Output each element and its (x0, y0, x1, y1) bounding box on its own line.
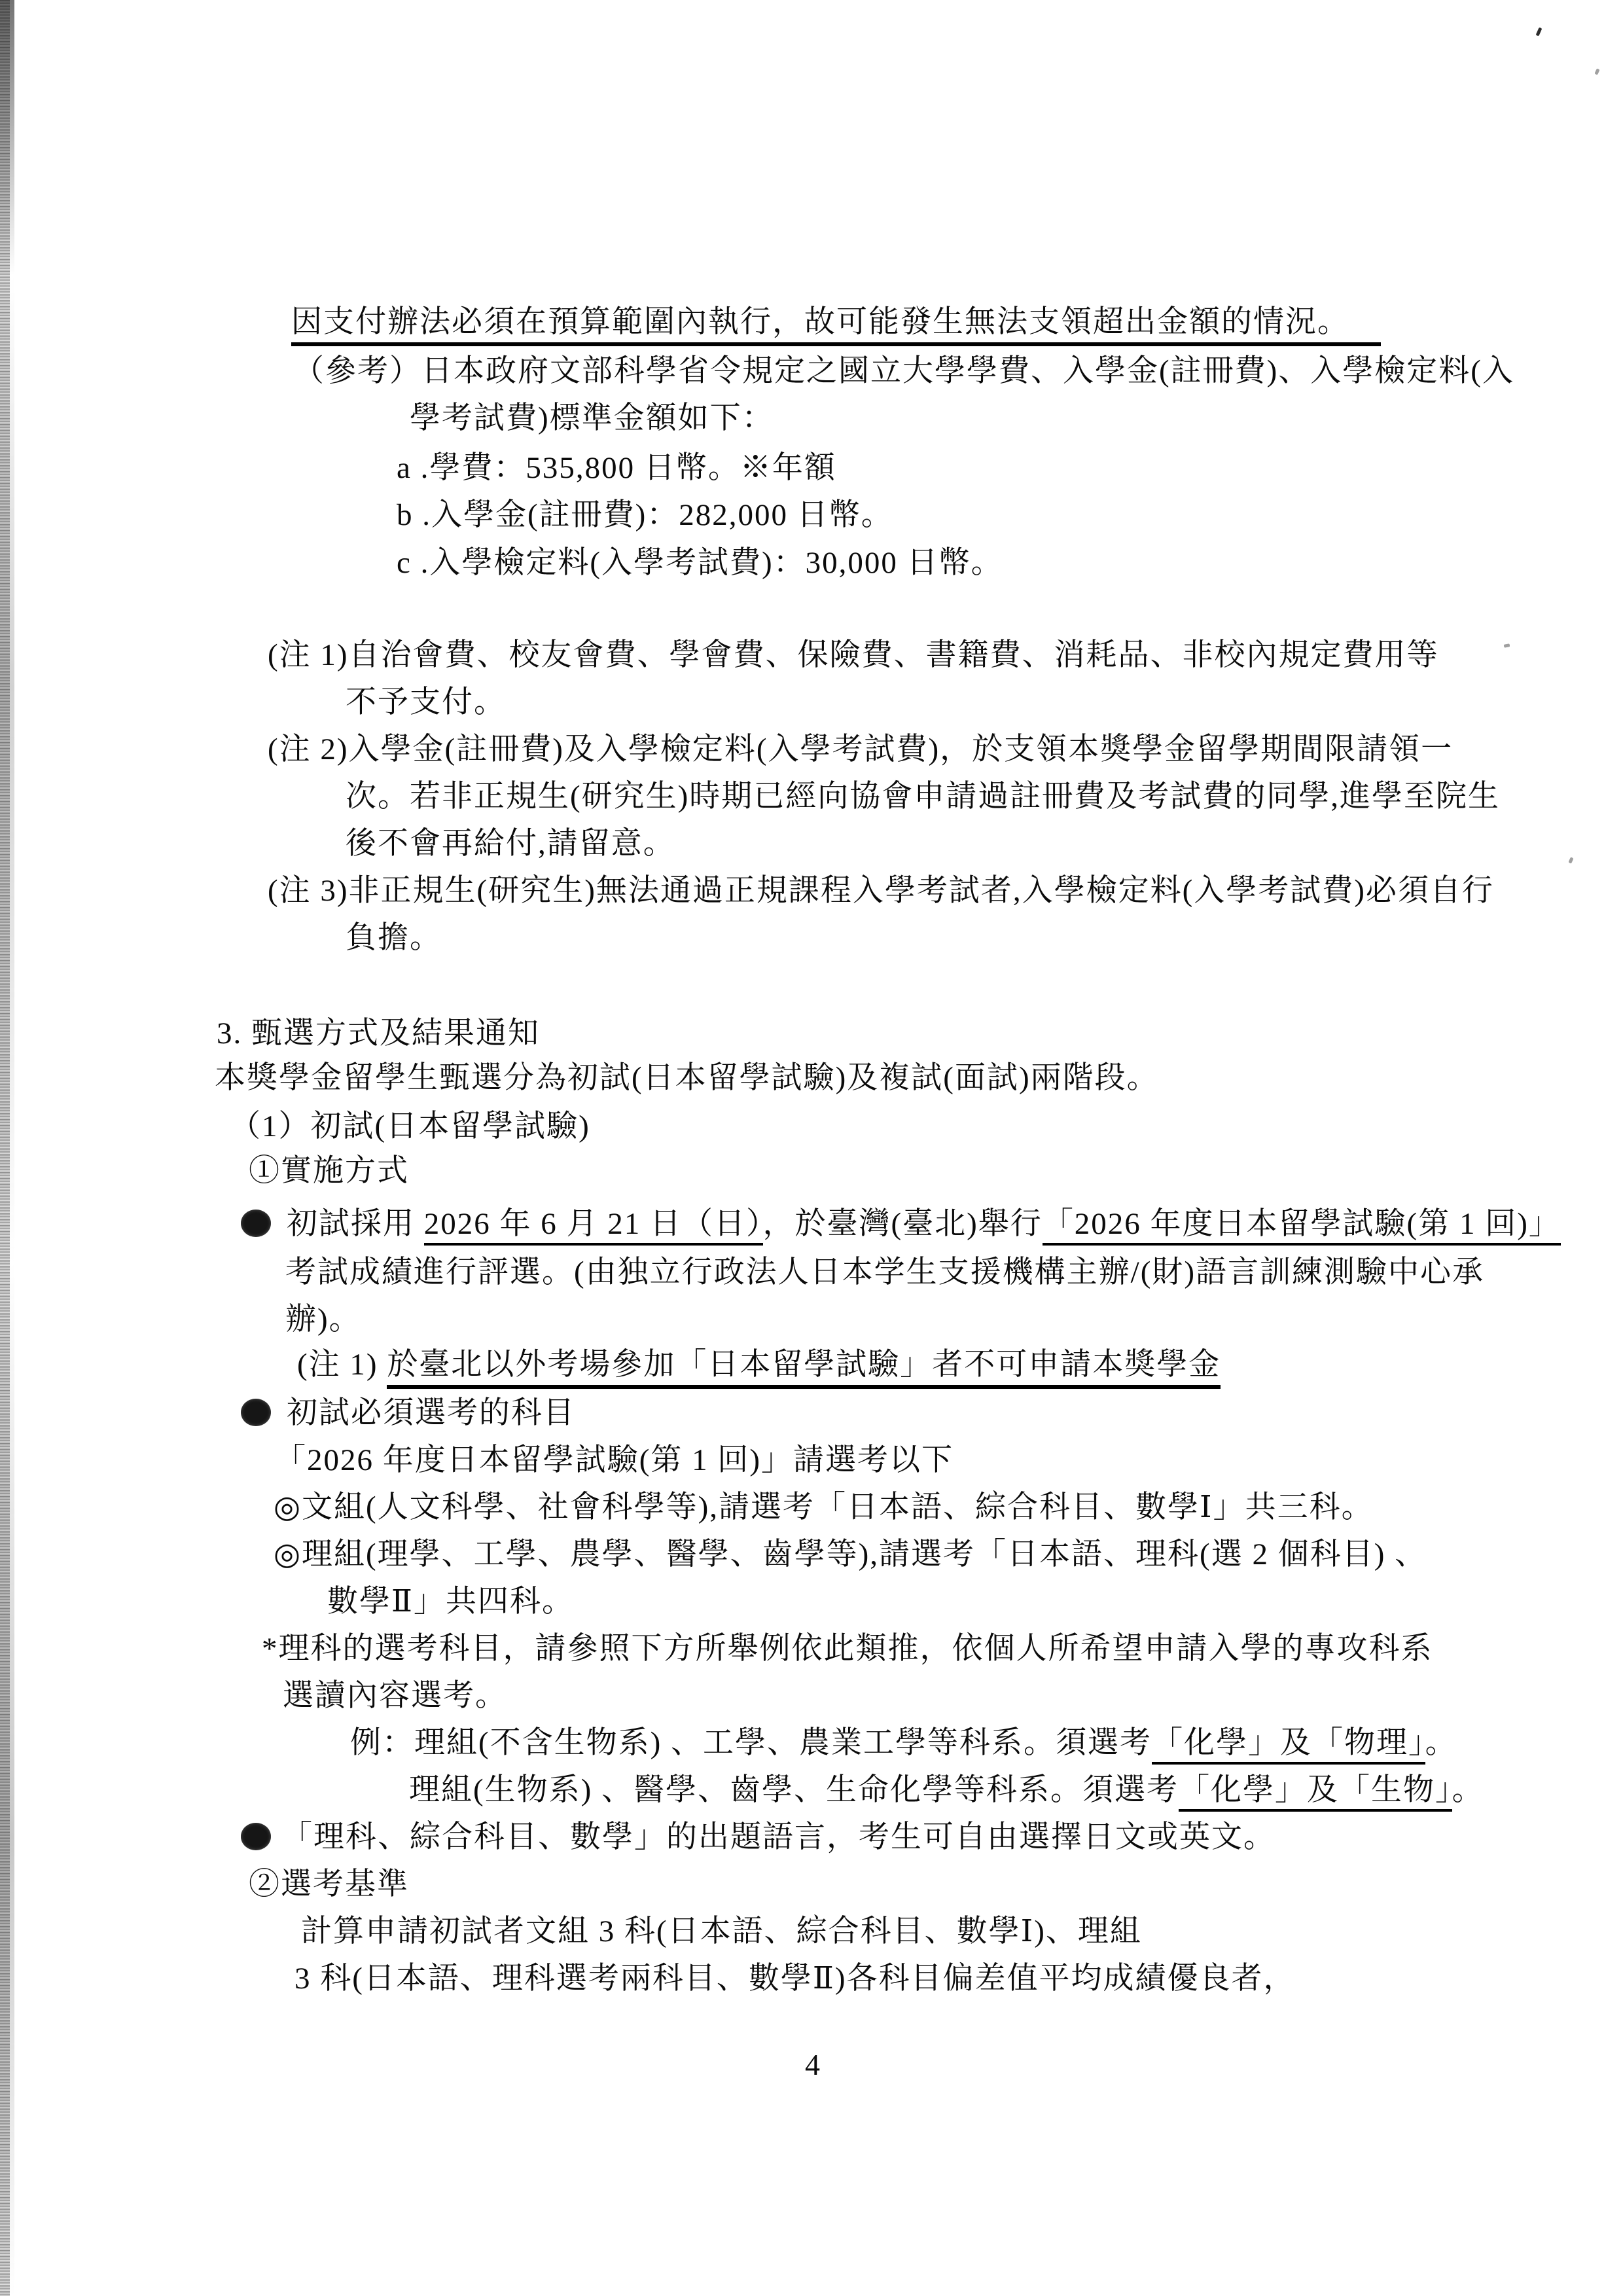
scan-speck (1536, 27, 1543, 37)
underlined-text: 「化學」及「物理」 (1152, 1726, 1425, 1765)
text: a .學費：535,800 日幣。※年額 (397, 451, 836, 485)
science-subject-note-line-1: *理科的選考科目，請參照下方所舉例依此類推，依個人所希望申請入學的專攻科系 (262, 1631, 1433, 1666)
underlined-text: 「2026 年度日本留學試驗(第 1 回)」 (1043, 1207, 1561, 1246)
page-number: 4 (805, 2047, 820, 2082)
note-3-line-1: (注 3)非正規生(研究生)無法通過正規課程入學考試者,入學檢定料(入學考試費)… (268, 873, 1494, 908)
text: ②選考基準 (249, 1867, 409, 1901)
note-2-line-3: 後不會再給付,請留意。 (346, 826, 675, 861)
reference-fees-line-2: 學考試費)標準金額如下： (410, 401, 774, 436)
question-language-line: 「理科、綜合科目、數學」的出題語言，考生可自由選擇日文或英文。 (281, 1820, 1275, 1855)
bullet-icon (241, 1823, 271, 1850)
note-taipei-only: (注 1) 於臺北以外考場參加「日本留學試驗」者不可申請本獎學金 (297, 1347, 1221, 1382)
scan-speck (1568, 857, 1573, 863)
item-2-selection-criteria: ②選考基準 (249, 1867, 409, 1902)
text: ◎理組(理學、工學、農學、醫學、齒學等),請選考「日本語、理科(選 2 個科目)… (274, 1537, 1427, 1571)
text: 初試必須選考的科目 (287, 1396, 575, 1430)
exam-round-line: 「2026 年度日本留學試驗(第 1 回)」請選考以下 (275, 1443, 954, 1478)
text: 次。若非正規生(研究生)時期已經向協會申請過註冊費及考試費的同學,進學至院生 (346, 780, 1500, 814)
statement-budget-limit: 因支付辦法必須在預算範圍內執行，故可能發生無法支領超出金額的情況。 (291, 304, 1381, 340)
bullet-icon (241, 1210, 271, 1237)
text: 3 科(日本語、理科選考兩科目、數學Ⅱ)各科目偏差值平均成績優良者， (294, 1962, 1296, 1996)
selection-overview: 本獎學金留學生甄選分為初試(日本留學試驗)及複試(面試)兩階段。 (215, 1060, 1159, 1096)
text: (注 1) (297, 1348, 387, 1382)
text: 。 (1452, 1773, 1484, 1807)
text: 選讀內容選考。 (283, 1679, 507, 1713)
text: 「理科、綜合科目、數學」的出題語言，考生可自由選擇日文或英文。 (281, 1820, 1275, 1854)
text: *理科的選考科目，請參照下方所舉例依此類推，依個人所希望申請入學的專攻科系 (262, 1632, 1433, 1666)
text: 理組(生物系) 、醫學、齒學、生命化學等科系。須選考 (409, 1773, 1179, 1807)
text: 後不會再給付,請留意。 (346, 827, 675, 861)
scanned-document-page: 因支付辦法必須在預算範圍內執行，故可能發生無法支領超出金額的情況。 （參考）日本… (0, 0, 1623, 2296)
text: ①實施方式 (249, 1154, 409, 1188)
text: 學考試費)標準金額如下： (410, 401, 774, 435)
underlined-text: 因支付辦法必須在預算範圍內執行，故可能發生無法支領超出金額的情況。 (291, 305, 1381, 346)
underlined-text: 於臺北以外考場參加「日本留學試驗」者不可申請本獎學金 (387, 1348, 1221, 1389)
text: 考試成績進行評選。(由独立行政法人日本学生支援機構主辦/(財)語言訓練測驗中心承 (285, 1255, 1484, 1289)
exam-organizer-line-1: 考試成績進行評選。(由独立行政法人日本学生支援機構主辦/(財)語言訓練測驗中心承 (285, 1255, 1484, 1290)
underlined-text: 2026 年 6 月 21 日（日） (424, 1207, 763, 1246)
example-line-biology: 理組(生物系) 、醫學、齒學、生命化學等科系。須選考「化學」及「生物」。 (409, 1772, 1484, 1808)
text: 。 (1425, 1726, 1457, 1760)
fee-item-tuition: a .學費：535,800 日幣。※年額 (397, 450, 836, 486)
text: c .入學檢定料(入學考試費)：30,000 日幣。 (397, 546, 1003, 580)
criteria-line-2: 3 科(日本語、理科選考兩科目、數學Ⅱ)各科目偏差值平均成績優良者， (294, 1961, 1296, 1996)
science-group-line-1: ◎理組(理學、工學、農學、醫學、齒學等),請選考「日本語、理科(選 2 個科目)… (274, 1537, 1427, 1572)
text: 數學Ⅱ」共四科。 (327, 1585, 574, 1619)
text: 3. 甄選方式及結果通知 (217, 1016, 540, 1050)
item-1-implementation: ①實施方式 (249, 1153, 409, 1189)
text: 計算申請初試者文組 3 科(日本語、綜合科目、數學Ⅰ)、理組 (301, 1914, 1142, 1948)
subsection-1-first-exam: （1）初試(日本留學試驗) (230, 1109, 590, 1144)
text: 本獎學金留學生甄選分為初試(日本留學試驗)及複試(面試)兩階段。 (215, 1061, 1159, 1095)
text: 初試採用 (287, 1207, 424, 1241)
fee-item-exam: c .入學檢定料(入學考試費)：30,000 日幣。 (397, 545, 1003, 581)
criteria-line-1: 計算申請初試者文組 3 科(日本語、綜合科目、數學Ⅰ)、理組 (301, 1914, 1142, 1949)
bullet-icon (241, 1399, 271, 1426)
note-1-line-1: (注 1)自治會費、校友會費、學會費、保險費、書籍費、消耗品、非校內規定費用等 (268, 637, 1439, 673)
text: 負擔。 (346, 921, 442, 955)
note-1-line-2: 不予支付。 (346, 685, 506, 720)
reference-fees-line-1: （參考）日本政府文部科學省令規定之國立大學學費、入學金(註冊費)、入學檢定料(入 (293, 353, 1514, 389)
underlined-text: 「化學」及「生物」 (1179, 1773, 1452, 1812)
scan-artifact-left-edge-fade (0, 0, 14, 2296)
text: 「2026 年度日本留學試驗(第 1 回)」請選考以下 (275, 1443, 954, 1477)
text: (注 3)非正規生(研究生)無法通過正規課程入學考試者,入學檢定料(入學考試費)… (268, 874, 1494, 908)
note-2-line-1: (注 2)入學金(註冊費)及入學檢定料(入學考試費)，於支領本獎學金留學期間限請… (268, 732, 1453, 767)
text: b .入學金(註冊費)：282,000 日幣。 (397, 498, 893, 532)
science-group-line-2: 數學Ⅱ」共四科。 (327, 1584, 574, 1619)
text: （參考）日本政府文部科學省令規定之國立大學學費、入學金(註冊費)、入學檢定料(入 (293, 354, 1514, 388)
science-subject-note-line-2: 選讀內容選考。 (283, 1678, 507, 1713)
text: 不予支付。 (346, 685, 506, 719)
scan-speck (1504, 643, 1510, 647)
text: （1）初試(日本留學試驗) (230, 1109, 590, 1143)
text: 例：理組(不含生物系) 、工學、農業工學等科系。須選考 (350, 1726, 1152, 1760)
exam-date-line: 初試採用 2026 年 6 月 21 日（日），於臺灣(臺北)舉行「2026 年… (287, 1206, 1561, 1242)
liberal-arts-group-line: ◎文組(人文科學、社會科學等),請選考「日本語、綜合科目、數學Ⅰ」共三科。 (274, 1490, 1374, 1525)
note-2-line-2: 次。若非正規生(研究生)時期已經向協會申請過註冊費及考試費的同學,進學至院生 (346, 779, 1500, 814)
note-3-line-2: 負擔。 (346, 920, 442, 956)
text: (注 2)入學金(註冊費)及入學檢定料(入學考試費)，於支領本獎學金留學期間限請… (268, 732, 1453, 766)
scan-speck (1594, 68, 1599, 75)
fee-item-admission: b .入學金(註冊費)：282,000 日幣。 (397, 497, 893, 533)
exam-organizer-line-2: 辦)。 (285, 1302, 361, 1337)
text: 辦)。 (285, 1302, 361, 1336)
example-line-physics: 例：理組(不含生物系) 、工學、農業工學等科系。須選考「化學」及「物理」。 (350, 1725, 1457, 1761)
text: ◎文組(人文科學、社會科學等),請選考「日本語、綜合科目、數學Ⅰ」共三科。 (274, 1490, 1374, 1524)
section-heading-3: 3. 甄選方式及結果通知 (217, 1016, 540, 1051)
text: ，於臺灣(臺北)舉行 (763, 1207, 1043, 1241)
required-subjects-heading: 初試必須選考的科目 (287, 1395, 575, 1431)
text: (注 1)自治會費、校友會費、學會費、保險費、書籍費、消耗品、非校內規定費用等 (268, 638, 1439, 672)
